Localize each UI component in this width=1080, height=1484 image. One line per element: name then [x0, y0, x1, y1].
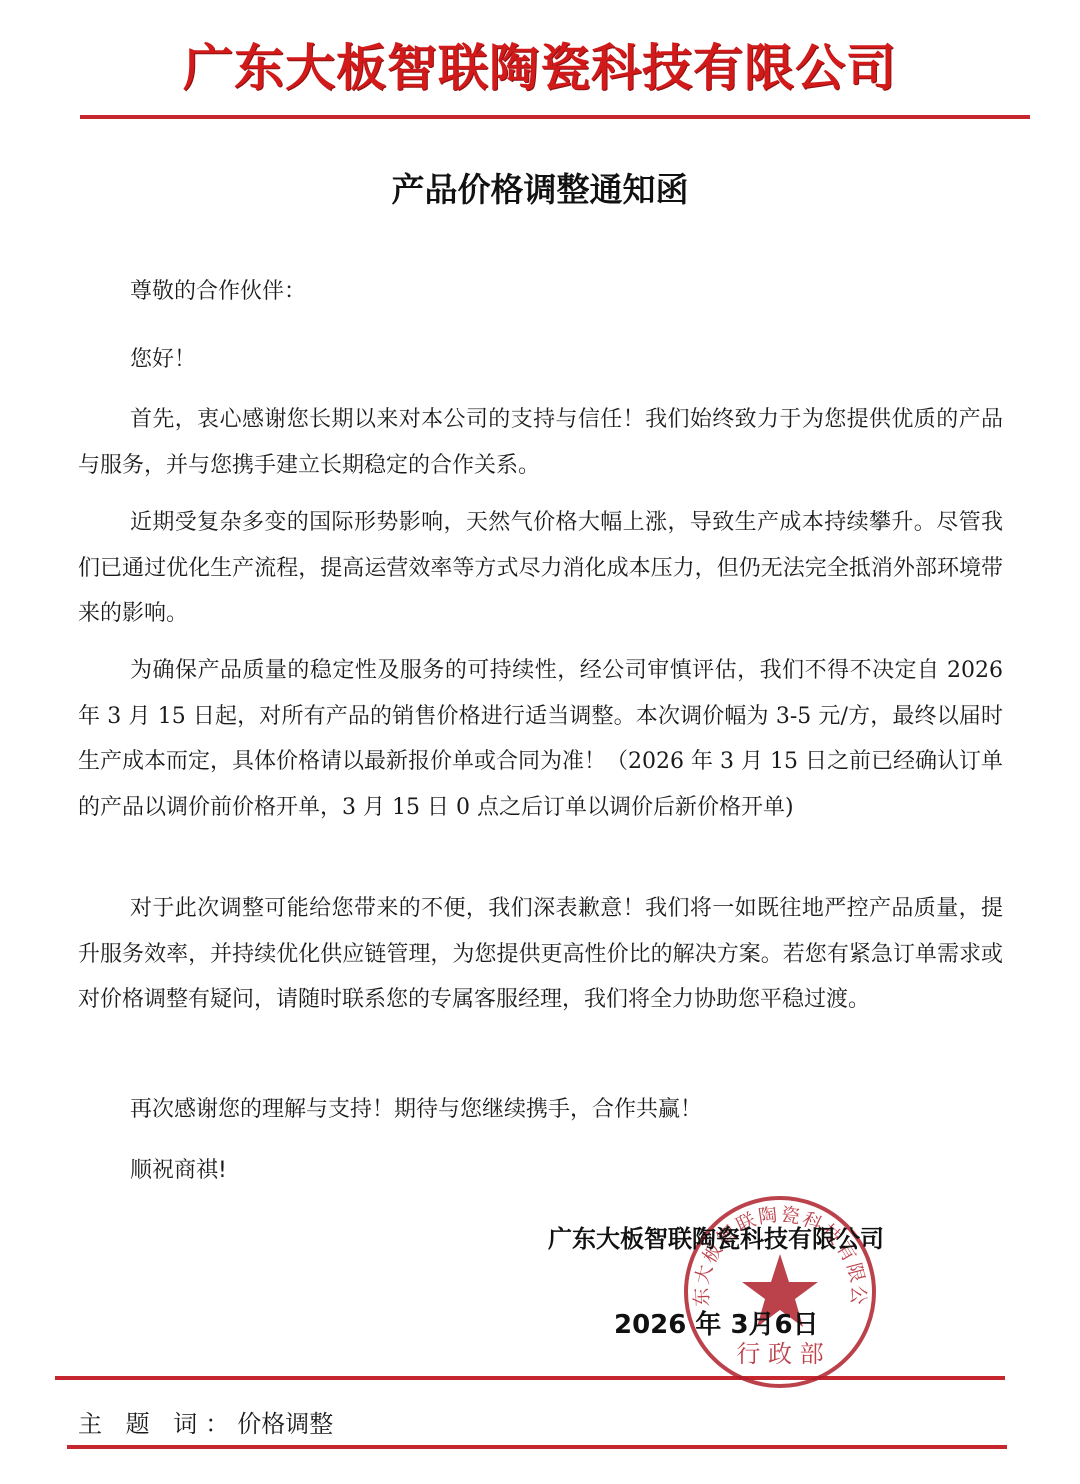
closing-line: 再次感谢您的理解与支持！期待与您继续携手，合作共赢！ — [130, 1092, 702, 1123]
document-title: 产品价格调整通知函 — [0, 164, 1080, 211]
paragraph-thanks: 首先，衷心感谢您长期以来对本公司的支持与信任！我们始终致力于为您提供优质的产品与… — [78, 397, 1003, 488]
salutation: 尊敬的合作伙伴： — [130, 274, 306, 305]
signature-company: 广东大板智联陶瓷科技有限公司 — [548, 1219, 884, 1254]
letterhead-company-name: 广东大板智联陶瓷科技有限公司 — [0, 28, 1080, 100]
regards: 顺祝商祺! — [130, 1153, 227, 1184]
paragraph-reason: 近期受复杂多变的国际形势影响，天然气价格大幅上涨，导致生产成本持续攀升。尽管我们… — [78, 500, 1003, 637]
signature-date: 2026 年 3月6日 — [614, 1304, 819, 1341]
letterhead-divider — [80, 115, 1030, 119]
paragraph-price-adjustment: 为确保产品质量的稳定性及服务的可持续性，经公司审慎评估，我们不得不决定自 202… — [78, 648, 1003, 830]
seal-department: 行 政 部 — [736, 1340, 823, 1368]
subject-keywords: 主 题 词：价格调整 — [78, 1404, 333, 1439]
greeting: 您好！ — [130, 342, 196, 373]
keywords-label: 主 题 词： — [78, 1410, 237, 1438]
paragraph-apology: 对于此次调整可能给您带来的不便，我们深表歉意！我们将一如既往地严控产品质量，提升… — [78, 886, 1003, 1023]
footer-divider-bottom — [67, 1445, 1007, 1449]
keywords-value: 价格调整 — [237, 1410, 333, 1438]
